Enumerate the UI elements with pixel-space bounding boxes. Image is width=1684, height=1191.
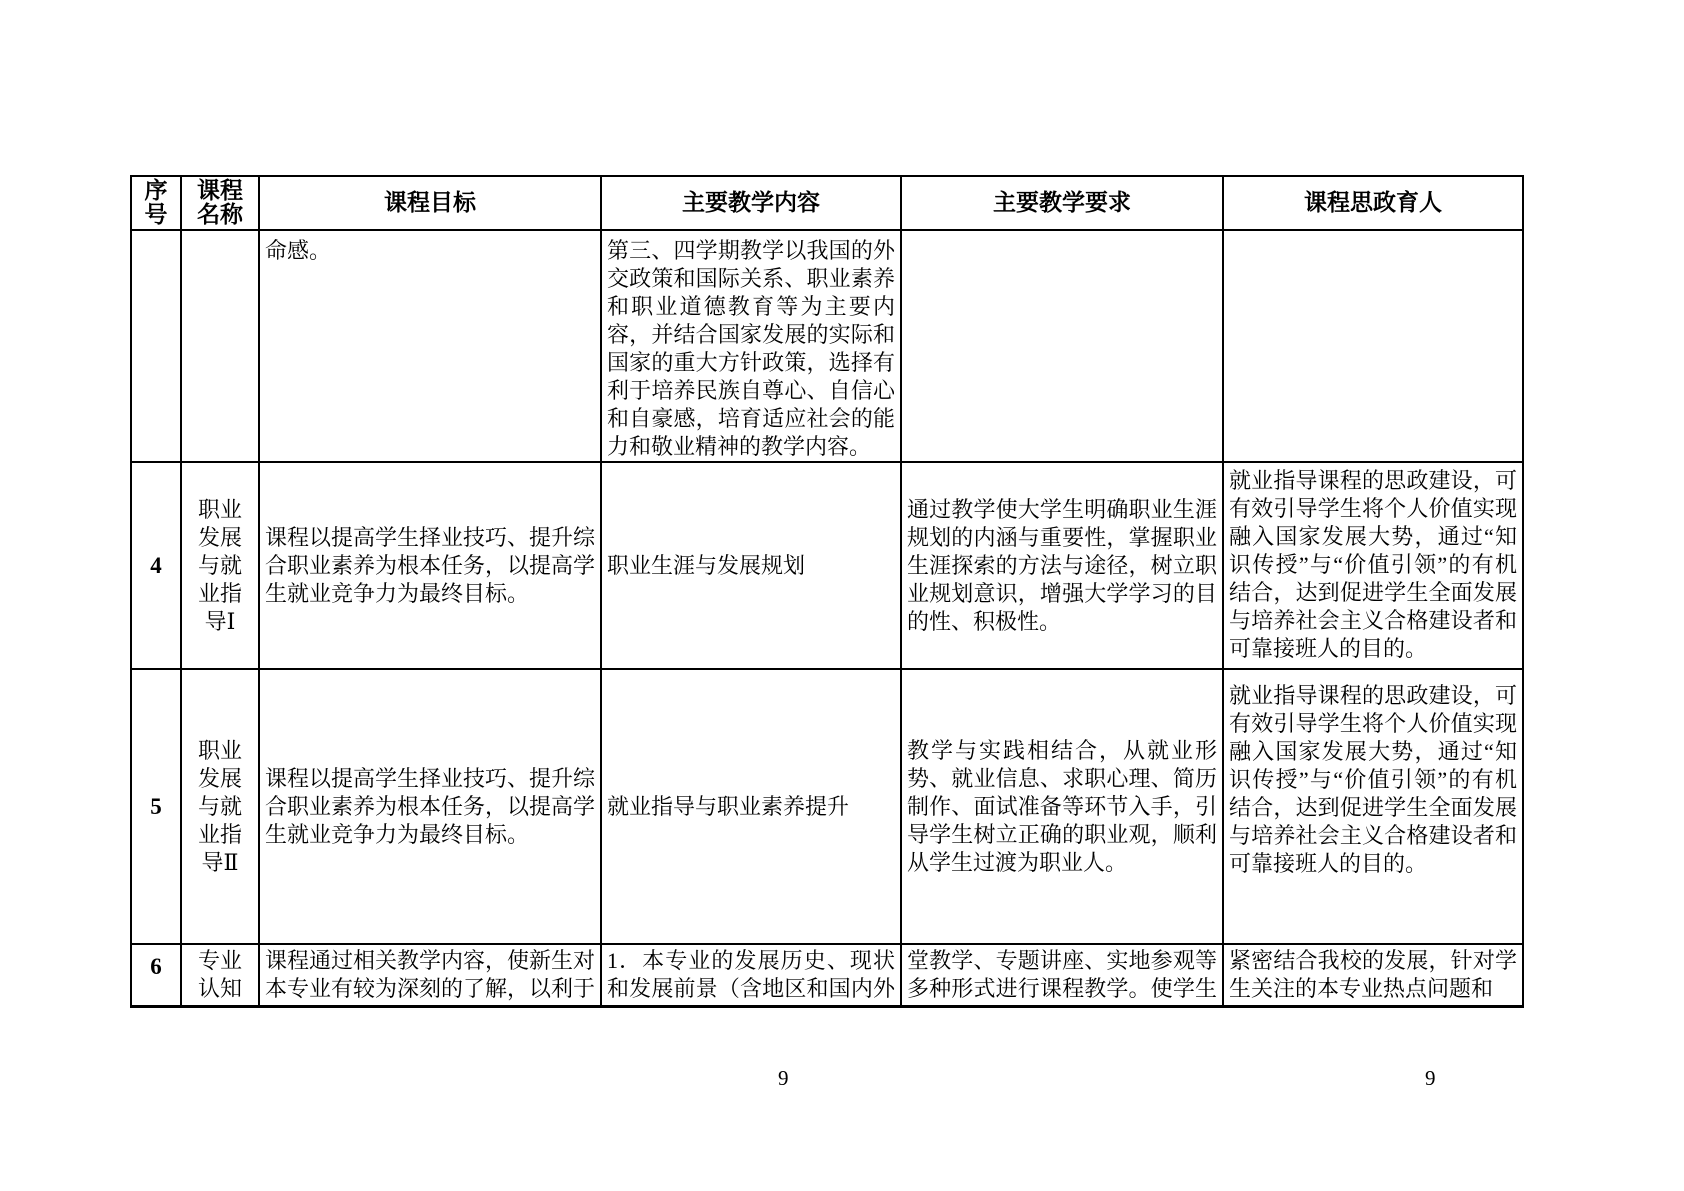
cell-course-name: 职业发展与就业指导Ⅱ [181,669,259,944]
cell-course-name: 专业认知 [181,944,259,1007]
cell-ideology [1223,230,1523,462]
cell-number: 6 [131,944,181,1007]
cell-requirements: 教学与实践相结合，从就业形势、就业信息、求职心理、简历制作、面试准备等环节入手，… [901,669,1223,944]
cell-course-name [181,230,259,462]
cell-ideology: 就业指导课程的思政建设，可有效引导学生将个人价值实现融入国家发展大势，通过“知识… [1223,669,1523,944]
cell-content: 第三、四学期教学以我国的外交政策和国际关系、职业素养和职业道德教育等为主要内容，… [601,230,901,462]
header-cell-requirements: 主要教学要求 [901,176,1223,230]
page-number-center: 9 [778,1066,789,1090]
cell-number: 5 [131,669,181,944]
cell-number: 4 [131,462,181,669]
header-cell-course-name: 课程名称 [181,176,259,230]
page-number-right: 9 [1425,1066,1436,1090]
cell-objectives: 课程以提高学生择业技巧、提升综合职业素养为根本任务，以提高学生就业竞争力为最终目… [259,669,601,944]
header-cell-content: 主要教学内容 [601,176,901,230]
cell-content: 就业指导与职业素养提升 [601,669,901,944]
cell-requirements: 通过教学使大学生明确职业生涯规划的内涵与重要性，掌握职业生涯探索的方法与途径，树… [901,462,1223,669]
cell-objectives: 课程通过相关教学内容，使新生对本专业有较为深刻的了解，以利于 [259,944,601,1007]
cell-number [131,230,181,462]
cell-requirements [901,230,1223,462]
cell-ideology: 紧密结合我校的发展，针对学生关注的本专业热点问题和 [1223,944,1523,1007]
header-cell-number: 序号 [131,176,181,230]
cell-ideology: 就业指导课程的思政建设，可有效引导学生将个人价值实现融入国家发展大势，通过“知识… [1223,462,1523,669]
document-page: 序号 课程名称 课程目标 主要教学内容 主要教学要求 课程思政育人 命感。 第三… [0,0,1684,1191]
header-cell-objectives: 课程目标 [259,176,601,230]
cell-objectives: 命感。 [259,230,601,462]
header-cell-ideology: 课程思政育人 [1223,176,1523,230]
cell-course-name: 职业发展与就业指导Ⅰ [181,462,259,669]
cell-content: 1．本专业的发展历史、现状和发展前景（含地区和国内外产 [601,944,901,1007]
cell-objectives: 课程以提高学生择业技巧、提升综合职业素养为根本任务，以提高学生就业竞争力为最终目… [259,462,601,669]
table-header-row: 序号 课程名称 课程目标 主要教学内容 主要教学要求 课程思政育人 [131,176,1523,230]
cell-requirements: 堂教学、专题讲座、实地参观等多种形式进行课程教学。使学生能充 [901,944,1223,1007]
table-row-4: 4 职业发展与就业指导Ⅰ 课程以提高学生择业技巧、提升综合职业素养为根本任务，以… [131,462,1523,669]
table-row-5: 5 职业发展与就业指导Ⅱ 课程以提高学生择业技巧、提升综合职业素养为根本任务，以… [131,669,1523,944]
table-row-6: 6 专业认知 课程通过相关教学内容，使新生对本专业有较为深刻的了解，以利于 1．… [131,944,1523,1007]
cell-content: 职业生涯与发展规划 [601,462,901,669]
course-table: 序号 课程名称 课程目标 主要教学内容 主要教学要求 课程思政育人 命感。 第三… [130,175,1524,1008]
table-row-continuation: 命感。 第三、四学期教学以我国的外交政策和国际关系、职业素养和职业道德教育等为主… [131,230,1523,462]
